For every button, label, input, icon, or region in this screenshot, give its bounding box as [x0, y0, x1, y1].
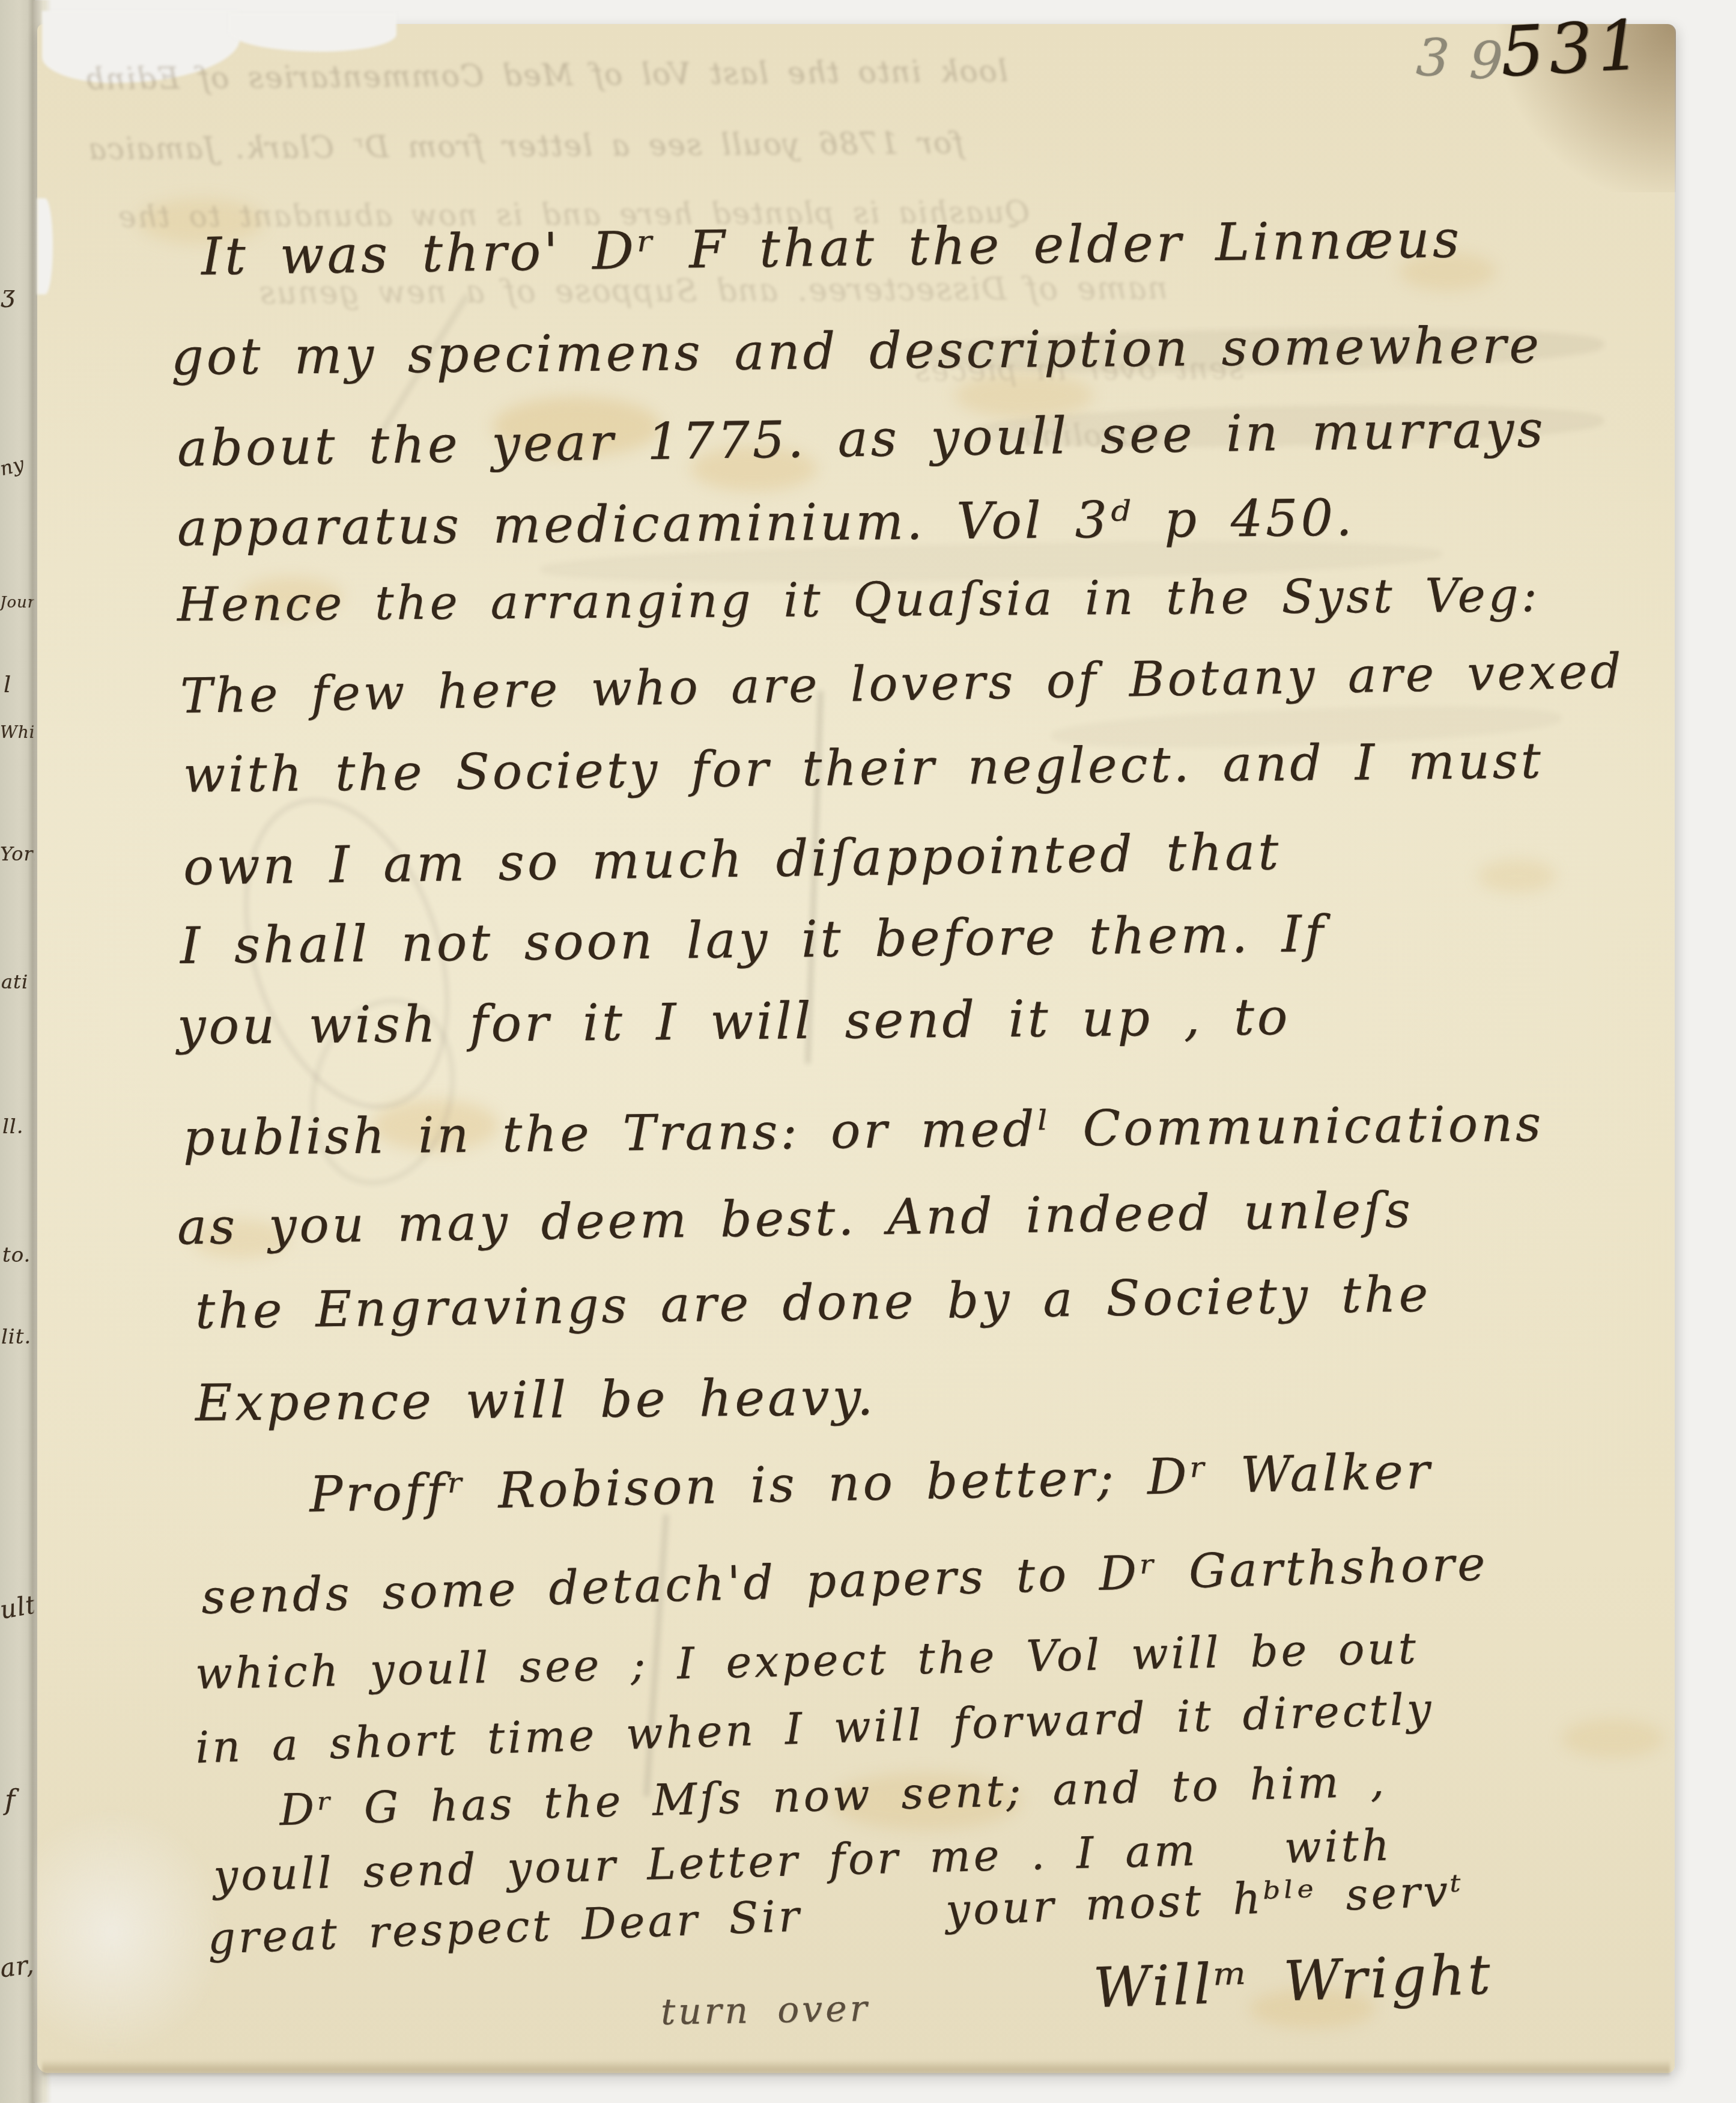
letter-line: apparatus medicaminium. Vol 3ᵈ p 450. — [177, 492, 1355, 553]
margin-fragment: ʒ — [1, 282, 16, 306]
margin-fragment: lit. — [1, 1327, 31, 1347]
manuscript-scan: ʒnyJournal.lWhileYork.atill.to.lit.ultyf… — [0, 0, 1736, 2103]
bleedthrough-line: look into the last Vol of Med Commentari… — [84, 56, 1008, 94]
letter-line: Expence will be heavy. — [195, 1372, 876, 1428]
stain — [1478, 859, 1556, 893]
margin-fragment: ll. — [2, 1116, 24, 1137]
margin-fragment: ati — [1, 972, 28, 991]
letter-line: got my specimens and description somewhe… — [171, 320, 1543, 382]
turn-over-note: turn over — [661, 1991, 870, 2030]
paper-tear — [37, 198, 53, 294]
letter-line: I shall not soon lay it before them. If — [180, 908, 1327, 971]
signature-line: Willᵐ Wright — [1093, 1947, 1495, 2016]
letter-line: with the Society for their neglect. and … — [183, 737, 1544, 800]
letter-line: Hence the arranging it Quaſsia in the Sy… — [177, 572, 1540, 628]
page-number-ink: 531 — [1499, 5, 1648, 92]
bleedthrough-line: for 1786 youll see a letter from Dʳ Clar… — [87, 128, 964, 164]
margin-fragment: to. — [2, 1245, 31, 1265]
margin-fragment: ny — [0, 454, 26, 479]
letter-line: own I am so much diſappointed that — [183, 826, 1282, 892]
letter-line: publish in the Trans: or medˡ Communicat… — [183, 1100, 1544, 1163]
paper-bottom-edge — [42, 2060, 1670, 2075]
letter-line: you wish for it I will send it up , to — [177, 991, 1291, 1051]
stain — [1562, 1718, 1664, 1758]
margin-fragment: f — [5, 1786, 16, 1813]
margin-fragment: l — [4, 673, 11, 696]
